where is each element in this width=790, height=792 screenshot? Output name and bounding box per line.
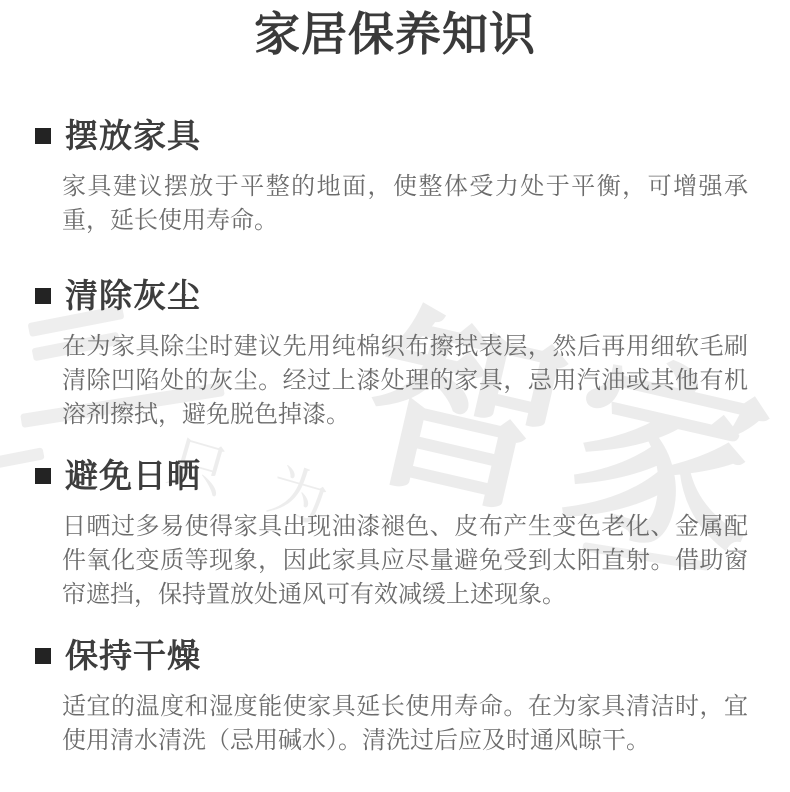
section-heading: 清除灰尘 <box>65 276 201 316</box>
section-keep-dry: 保持干燥 适宜的温度和湿度能使家具延长使用寿命。在为家具清洁时，宜使用清水清洗（… <box>35 636 751 758</box>
section-body-text: 日晒过多易使得家具出现油漆褪色、皮布产生变色老化、金属配件氧化变质等现象，因此家… <box>62 510 748 612</box>
section-body-text: 在为家具除尘时建议先用纯棉织布擦拭表层，然后再用细软毛刷清除凹陷处的灰尘。经过上… <box>62 330 748 432</box>
square-bullet-icon <box>35 128 51 144</box>
section-heading: 避免日晒 <box>65 456 201 496</box>
page-content: 家居保养知识 摆放家具 家具建议摆放于平整的地面，使整体受力处于平衡，可增强承重… <box>0 0 790 792</box>
page-title: 家居保养知识 <box>0 8 790 60</box>
section-heading-row: 清除灰尘 <box>35 276 751 316</box>
section-heading-row: 避免日晒 <box>35 456 751 496</box>
section-place-furniture: 摆放家具 家具建议摆放于平整的地面，使整体受力处于平衡，可增强承重，延长使用寿命… <box>35 116 751 238</box>
section-heading: 保持干燥 <box>65 636 201 676</box>
section-remove-dust: 清除灰尘 在为家具除尘时建议先用纯棉织布擦拭表层，然后再用细软毛刷清除凹陷处的灰… <box>35 276 751 432</box>
square-bullet-icon <box>35 468 51 484</box>
section-body-text: 家具建议摆放于平整的地面，使整体受力处于平衡，可增强承重，延长使用寿命。 <box>62 170 748 238</box>
section-avoid-sunlight: 避免日晒 日晒过多易使得家具出现油漆褪色、皮布产生变色老化、金属配件氧化变质等现… <box>35 456 751 612</box>
square-bullet-icon <box>35 288 51 304</box>
square-bullet-icon <box>35 648 51 664</box>
section-body-text: 适宜的温度和湿度能使家具延长使用寿命。在为家具清洁时，宜使用清水清洗（忌用碱水）… <box>62 690 748 758</box>
care-guide-page: 只为 智家 家居保养知识 摆放家具 家具建议摆放于平整的地面，使整体受力处于平衡… <box>0 0 790 792</box>
section-heading-row: 保持干燥 <box>35 636 751 676</box>
section-heading-row: 摆放家具 <box>35 116 751 156</box>
section-heading: 摆放家具 <box>65 116 201 156</box>
